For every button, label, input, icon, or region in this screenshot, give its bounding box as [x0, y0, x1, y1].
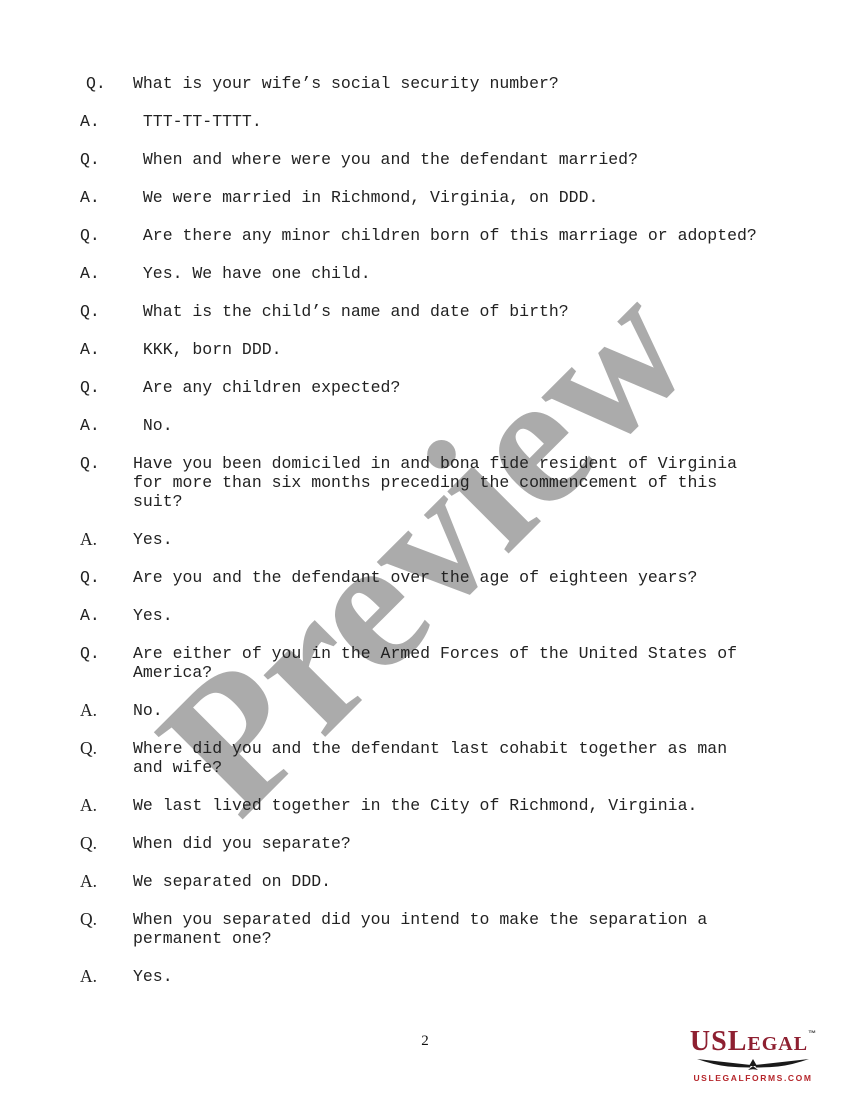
qa-line: permanent one?: [133, 929, 707, 948]
eagle-wings-icon: [694, 1058, 812, 1072]
qa-row: Q. Are you and the defendant over the ag…: [80, 568, 780, 587]
qa-body: What is your wife’s social security numb…: [133, 74, 559, 93]
qa-body: Yes.: [133, 606, 173, 625]
qa-marker: Q.: [80, 739, 133, 777]
qa-line: Have you been domiciled in and bona fide…: [133, 454, 737, 473]
qa-body: We separated on DDD.: [133, 872, 331, 891]
qa-row: A. We were married in Richmond, Virginia…: [80, 188, 780, 207]
qa-line: When you separated did you intend to mak…: [133, 910, 707, 929]
qa-row: A. KKK, born DDD.: [80, 340, 780, 359]
qa-marker: A.: [80, 416, 133, 435]
qa-line: We last lived together in the City of Ri…: [133, 796, 697, 815]
qa-marker: A.: [80, 796, 133, 815]
qa-marker: A.: [80, 112, 133, 131]
qa-body: No.: [133, 701, 163, 720]
qa-body: Yes.: [133, 967, 173, 986]
qa-list: Q. What is your wife’s social security n…: [80, 74, 780, 1005]
qa-line: Yes.: [133, 530, 173, 549]
qa-marker: Q.: [80, 226, 133, 245]
qa-line: KKK, born DDD.: [133, 340, 282, 359]
qa-body: We last lived together in the City of Ri…: [133, 796, 697, 815]
qa-marker: Q.: [80, 150, 133, 169]
qa-body: Have you been domiciled in and bona fide…: [133, 454, 737, 511]
qa-marker: A.: [80, 340, 133, 359]
qa-body: Where did you and the defendant last coh…: [133, 739, 727, 777]
qa-marker: A.: [80, 872, 133, 891]
qa-marker: Q.: [80, 910, 133, 948]
qa-marker: A.: [80, 701, 133, 720]
qa-row: A. Yes. We have one child.: [80, 264, 780, 283]
qa-line: Are any children expected?: [133, 378, 400, 397]
qa-line: and wife?: [133, 758, 727, 777]
qa-body: Yes. We have one child.: [133, 264, 371, 283]
qa-row: Q. Where did you and the defendant last …: [80, 739, 780, 777]
qa-line: America?: [133, 663, 737, 682]
qa-line: for more than six months preceding the c…: [133, 473, 737, 492]
qa-body: Are there any minor children born of thi…: [133, 226, 757, 245]
uslegal-logo: USLEGAL™ USLEGALFORMS.COM: [686, 1020, 820, 1083]
qa-row: Q. Have you been domiciled in and bona f…: [80, 454, 780, 511]
qa-line: Are you and the defendant over the age o…: [133, 568, 697, 587]
qa-line: What is the child’s name and date of bir…: [133, 302, 569, 321]
logo-text-egal: EGAL: [747, 1033, 808, 1055]
qa-body: Are any children expected?: [133, 378, 400, 397]
qa-marker: A.: [80, 264, 133, 283]
qa-marker: Q.: [80, 454, 133, 511]
qa-row: Q. When and where were you and the defen…: [80, 150, 780, 169]
qa-row: Q. Are any children expected?: [80, 378, 780, 397]
qa-row: A. Yes.: [80, 606, 780, 625]
qa-line: suit?: [133, 492, 737, 511]
qa-marker: Q.: [80, 834, 133, 853]
qa-body: Are you and the defendant over the age o…: [133, 568, 697, 587]
qa-line: No.: [133, 416, 173, 435]
qa-line: Yes. We have one child.: [133, 264, 371, 283]
qa-line: Yes.: [133, 967, 173, 986]
qa-marker: A.: [80, 530, 133, 549]
logo-text-usl: USL: [690, 1026, 747, 1057]
qa-line: Yes.: [133, 606, 173, 625]
qa-row: A. Yes.: [80, 967, 780, 986]
qa-marker: Q.: [80, 568, 133, 587]
qa-marker: A.: [80, 188, 133, 207]
qa-row: Q. When did you separate?: [80, 834, 780, 853]
qa-row: A. TTT-TT-TTTT.: [80, 112, 780, 131]
qa-row: Q. What is the child’s name and date of …: [80, 302, 780, 321]
qa-line: Are either of you in the Armed Forces of…: [133, 644, 737, 663]
qa-line: No.: [133, 701, 163, 720]
qa-line: Where did you and the defendant last coh…: [133, 739, 727, 758]
trademark-symbol: ™: [808, 1029, 816, 1038]
qa-row: Q. When you separated did you intend to …: [80, 910, 780, 948]
qa-line: When did you separate?: [133, 834, 351, 853]
qa-line: Are there any minor children born of thi…: [133, 226, 757, 245]
qa-marker: Q.: [80, 644, 133, 682]
qa-row: A. We separated on DDD.: [80, 872, 780, 891]
qa-line: TTT-TT-TTTT.: [133, 112, 262, 131]
logo-url: USLEGALFORMS.COM: [686, 1073, 820, 1083]
logo-wordmark: USLEGAL™: [686, 1020, 820, 1060]
qa-body: Yes.: [133, 530, 173, 549]
qa-row: Q. What is your wife’s social security n…: [80, 74, 780, 93]
qa-body: Are either of you in the Armed Forces of…: [133, 644, 737, 682]
qa-body: What is the child’s name and date of bir…: [133, 302, 569, 321]
qa-marker: Q.: [80, 74, 133, 93]
qa-row: Q. Are either of you in the Armed Forces…: [80, 644, 780, 682]
qa-line: When and where were you and the defendan…: [133, 150, 638, 169]
qa-body: KKK, born DDD.: [133, 340, 282, 359]
qa-body: When and where were you and the defendan…: [133, 150, 638, 169]
qa-line: We were married in Richmond, Virginia, o…: [133, 188, 598, 207]
qa-row: A. We last lived together in the City of…: [80, 796, 780, 815]
qa-body: When did you separate?: [133, 834, 351, 853]
qa-row: A. No.: [80, 416, 780, 435]
qa-body: We were married in Richmond, Virginia, o…: [133, 188, 598, 207]
qa-row: A. Yes.: [80, 530, 780, 549]
qa-marker: Q.: [80, 378, 133, 397]
qa-marker: A.: [80, 606, 133, 625]
qa-marker: A.: [80, 967, 133, 986]
qa-body: When you separated did you intend to mak…: [133, 910, 707, 948]
qa-body: No.: [133, 416, 173, 435]
qa-line: We separated on DDD.: [133, 872, 331, 891]
qa-marker: Q.: [80, 302, 133, 321]
qa-line: What is your wife’s social security numb…: [133, 74, 559, 93]
qa-row: Q. Are there any minor children born of …: [80, 226, 780, 245]
qa-row: A. No.: [80, 701, 780, 720]
qa-body: TTT-TT-TTTT.: [133, 112, 262, 131]
document-page: Preview Q. What is your wife’s social se…: [0, 0, 850, 1100]
